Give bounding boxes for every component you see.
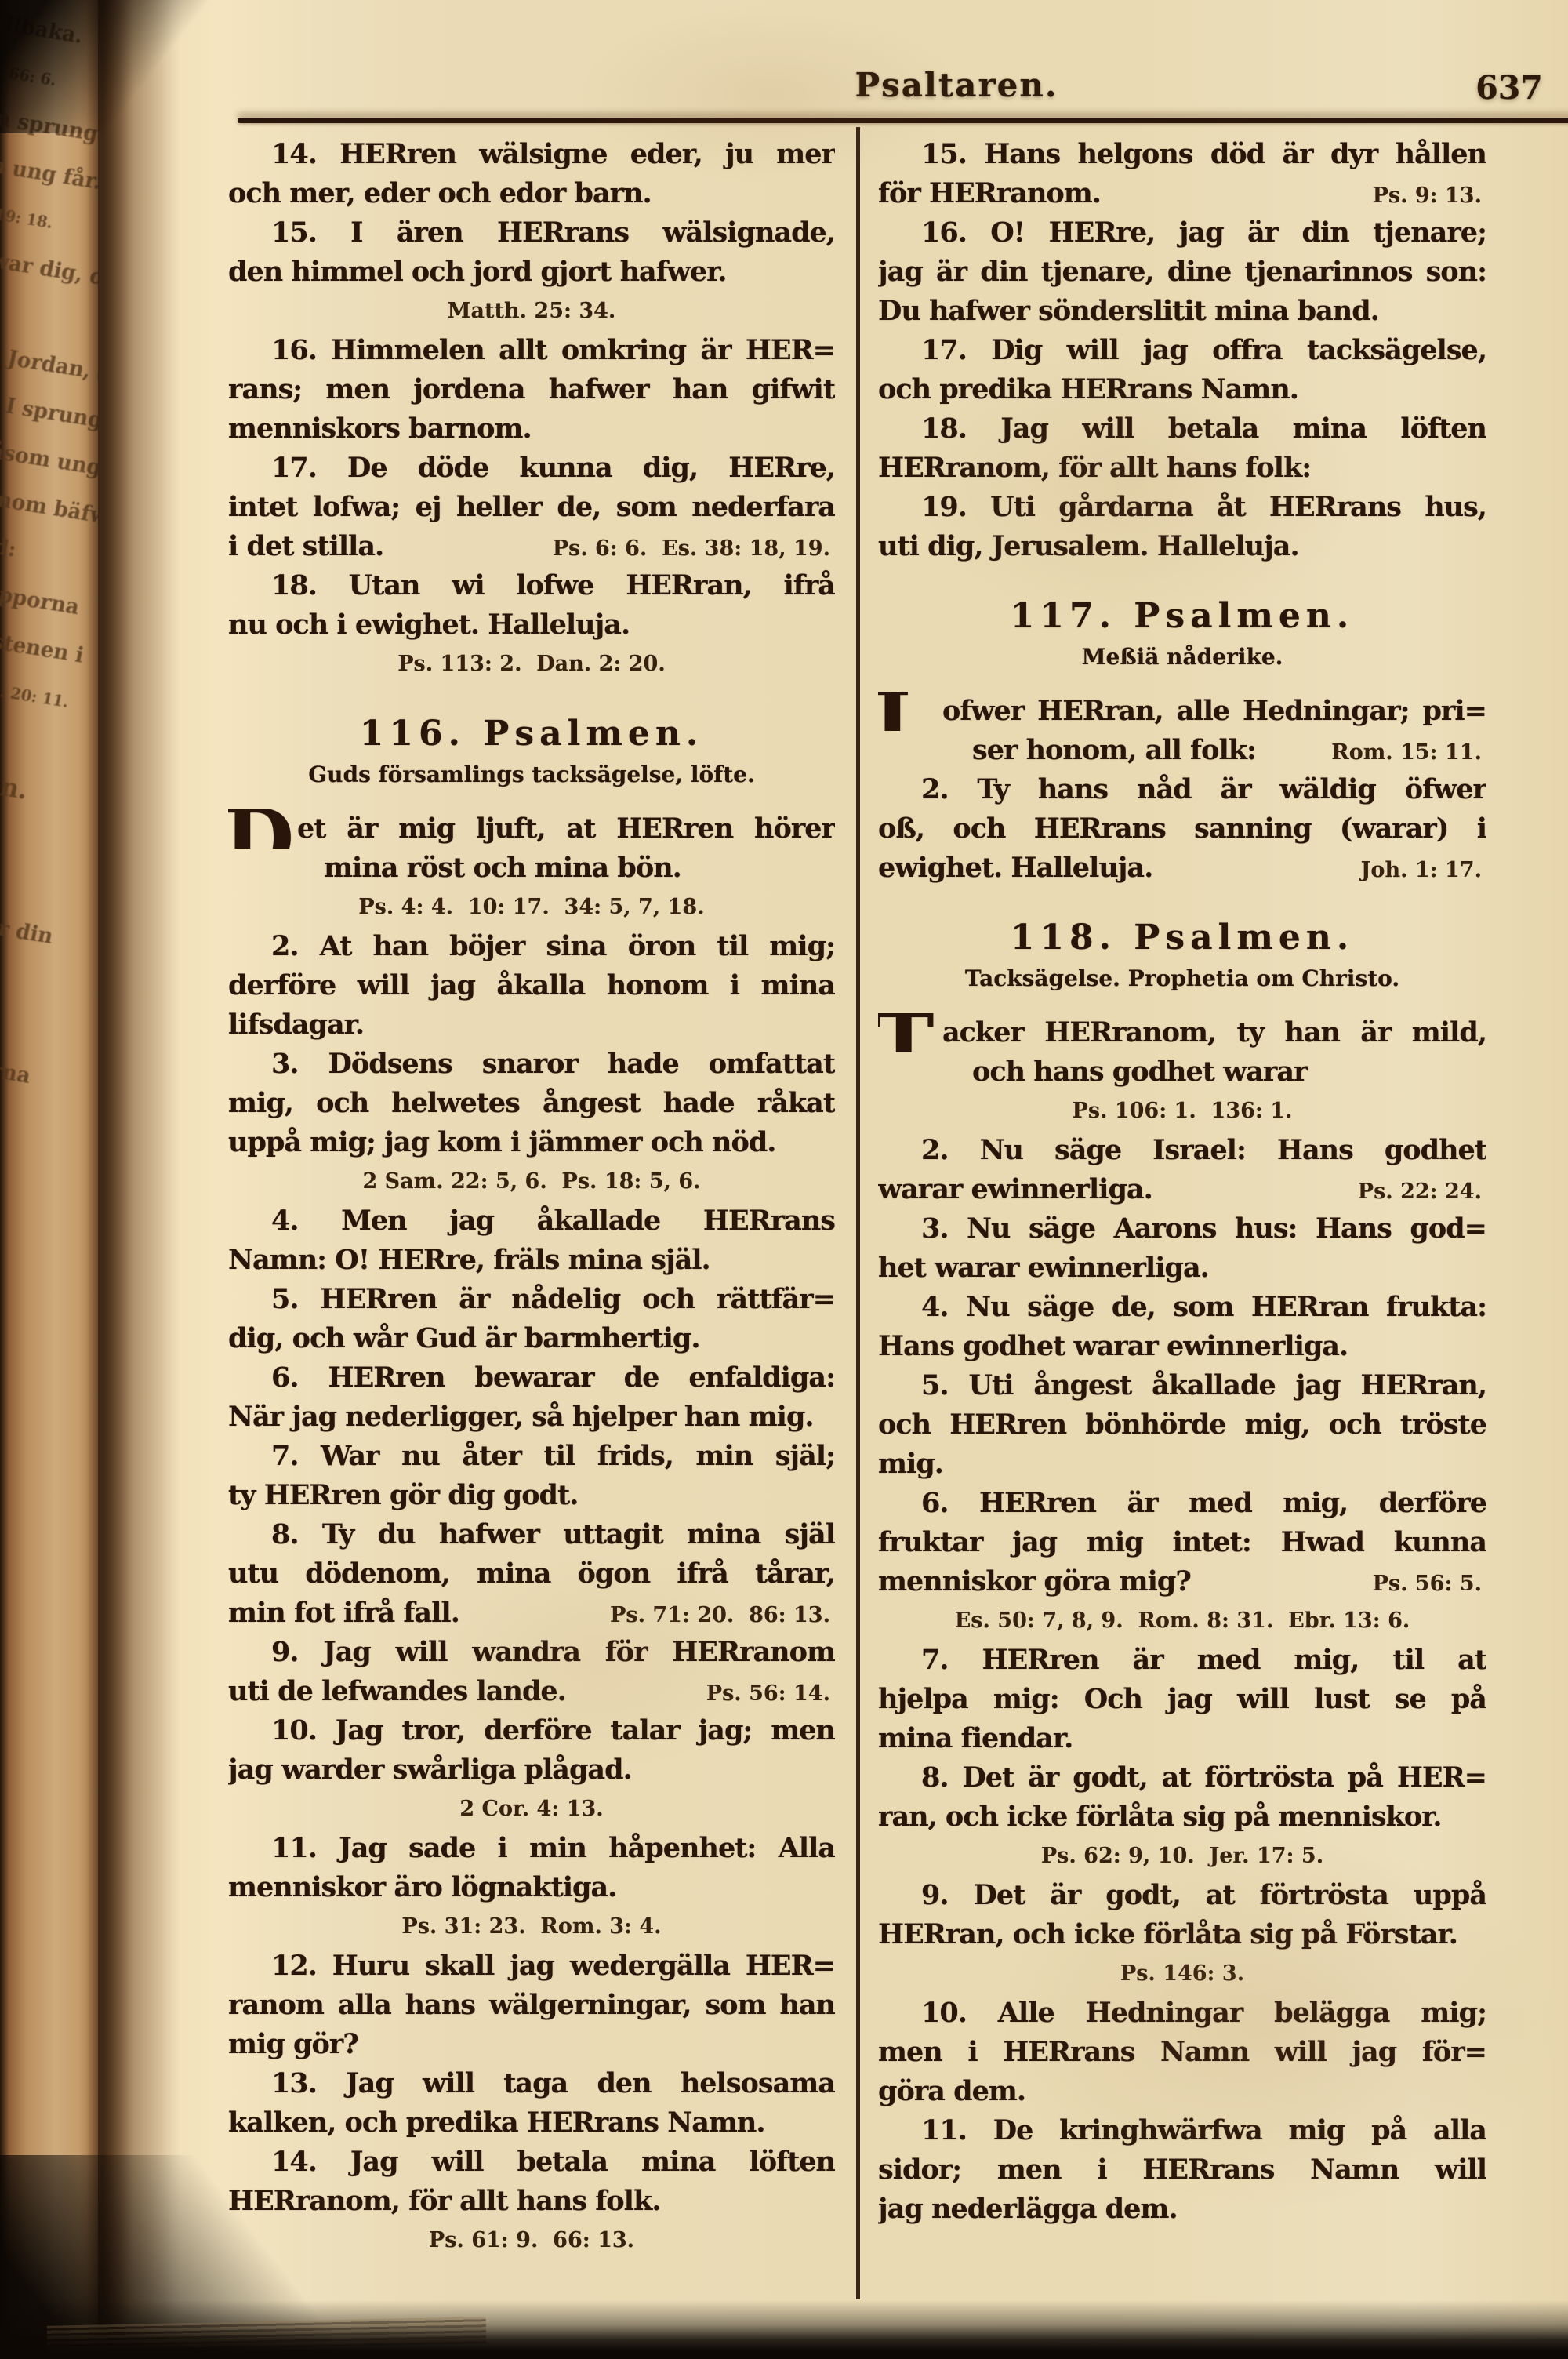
psalm-heading: 117. Psalmen. [878,566,1486,640]
cross-reference: Ps. 9: 13. [1373,176,1486,213]
line-text: 2. Nu säge Israel: Hans godhet [921,1134,1486,1166]
verse-line: Tacker HERranom, ty han är mild, [878,1013,1486,1052]
line-text: ewighet. Halleluja. [878,849,1152,888]
line-text: 2 Sam. 22: 5, 6. Ps. 18: 5, 6. [362,1169,700,1194]
line-text: men i HERrans Namn will jag för= [878,2036,1486,2068]
verse-line: Det är mig ljuft, at HERren hörer [228,809,835,849]
line-text: 10. Alle Hedningar belägga mig; [921,1997,1486,2029]
line-text: 7. HERren är med mig, til at [921,1644,1486,1676]
verse-line: rans; men jordena hafwer han gifwit [228,370,835,409]
line-text: Ps. 61: 9. 66: 13. [429,2228,634,2252]
line-text: menniskor göra mig? [878,1562,1191,1601]
verse-line: 13. Jag will taga den helsosama [228,2064,835,2103]
line-text: 7. War nu åter til frids, min själ; [271,1440,835,1472]
line-text: och mer, eder och edor barn. [228,177,652,209]
line-text: 116. Psalmen. [360,714,703,754]
cross-reference-line: 2 Cor. 4: 13. [228,1790,835,1829]
line-text: 10. Jag tror, derföre talar jag; men [271,1714,835,1747]
verse-line: het warar ewinnerliga. [878,1249,1486,1288]
verse-line: 9. Det är godt, at förtrösta uppå [878,1876,1486,1915]
line-text: uti de lefwandes lande. [228,1672,566,1711]
verse-line: Hans godhet warar ewinnerliga. [878,1327,1486,1366]
column-divider [856,127,860,2299]
dropcap-initial: T [878,1013,933,1052]
line-text: hjelpa mig: Och jag will lust se på [878,1683,1486,1715]
verse-line: mig, och helwetes ångest hade råkat [228,1084,835,1123]
cross-reference: Ps. 56: 5. [1373,1565,1486,1601]
line-text: 2 Cor. 4: 13. [459,1797,603,1821]
line-text: 11. De kringhwärfwa mig på alla [921,2114,1486,2146]
line-text: 17. Dig will jag offra tacksägelse, [921,334,1486,366]
line-text: intet lofwa; ej heller de, som nederfara [228,491,835,523]
verse-line: 10. Jag tror, derföre talar jag; men [228,1711,835,1750]
line-text: göra dem. [878,2075,1025,2107]
line-text: 18. Utan wi lofwe HERran, ifrå [271,569,835,602]
verse-line: ser honom, all folk:Rom. 15: 11. [878,731,1486,770]
verse-line: jag nederlägga dem. [878,2190,1486,2229]
verse-line: 6. HERren bewarar de enfaldiga: [228,1358,835,1398]
line-text: 2. At han böjer sina öron til mig; [271,930,835,962]
line-text: 2. Ty hans nåd är wäldig öfwer [921,773,1486,805]
line-text: 3. Dödsens snaror hade omfattat [271,1048,835,1080]
verse-line: 6. HERren är med mig, derföre [878,1484,1486,1523]
line-text: jag nederlägga dem. [878,2193,1178,2225]
line-text: 14. Jag will betala mina löften [271,2146,835,2178]
cross-reference-line: Ps. 31: 23. Rom. 3: 4. [228,1907,835,1946]
line-text: Ps. 31: 23. Rom. 3: 4. [401,1914,661,1939]
line-text: rans; men jordena hafwer han gifwit [228,373,835,405]
line-text: 11. Jag sade i min håpenhet: Alla [271,1832,835,1864]
verse-line: 15. I ären HERrans wälsignade, [228,213,835,253]
verse-line: i det stilla.Ps. 6: 6. Es. 38: 18, 19. [228,527,835,566]
line-text: HERran, och icke förlåta sig på Förstar. [878,1918,1457,1950]
verse-line: Du hafwer sönderslitit mina band. [878,292,1486,331]
header-rule [238,118,1568,123]
verse-line: Namn: O! HERre, fräls mina själ. [228,1241,835,1280]
line-text: mig gör? [228,2028,358,2060]
line-text: Namn: O! HERre, fräls mina själ. [228,1244,710,1276]
verse-line: för HERranom.Ps. 9: 13. [878,174,1486,213]
verse-line: 4. Men jag åkallade HERrans [228,1201,835,1241]
verse-line: 7. HERren är med mig, til at [878,1641,1486,1680]
verse-line: 5. HERren är nådelig och rättfär= [228,1280,835,1319]
verse-line: nu och i ewighet. Halleluja. [228,605,835,645]
line-text: acker HERranom, ty han är mild, [942,1016,1486,1049]
psalm-subtitle: Meßiä nåderike. [878,640,1486,692]
line-text: och predika HERrans Namn. [878,373,1298,405]
line-text: Ps. 146: 3. [1120,1961,1244,1986]
verse-line: 3. Dödsens snaror hade omfattat [228,1045,835,1084]
line-text: oß, och HERrans sanning (warar) i [878,812,1486,845]
verse-line: kalken, och predika HERrans Namn. [228,2103,835,2143]
line-text: sidor; men i HERrans Namn will [878,2154,1486,2186]
verse-line: 18. Jag will betala mina löften [878,409,1486,449]
line-text: ty HERren gör dig godt. [228,1479,578,1511]
verse-line: ran, och icke förlåta sig på menniskor. [878,1797,1486,1837]
line-text: HERranom, för allt hans folk: [878,452,1311,484]
line-text: Matth. 25: 34. [448,299,616,323]
cross-reference-line: Ps. 62: 9, 10. Jer. 17: 5. [878,1837,1486,1876]
line-text: 13. Jag will taga den helsosama [271,2067,835,2099]
cross-reference-line: Ps. 113: 2. Dan. 2: 20. [228,645,835,684]
line-text: och HERren bönhörde mig, och tröste [878,1408,1486,1441]
verse-line: 8. Det är godt, at förtrösta på HER= [878,1758,1486,1797]
line-text: ofwer HERran, alle Hedningar; pri= [942,695,1486,727]
line-text: jag är din tjenare, dine tjenarinnos son… [878,256,1486,288]
line-text: menniskor äro lögnaktiga. [228,1871,616,1903]
line-text: 5. HERren är nådelig och rättfär= [271,1283,835,1315]
line-text: Ps. 106: 1. 136: 1. [1073,1099,1293,1123]
line-text: Guds församlings tacksägelse, löfte. [308,761,754,787]
verse-line: ty HERren gör dig godt. [228,1476,835,1515]
psalm-heading: 116. Psalmen. [228,684,835,758]
line-text: 15. I ären HERrans wälsignade, [271,216,835,249]
line-text: 9. Jag will wandra för HERranom [271,1636,835,1668]
verse-line: sidor; men i HERrans Namn will [878,2150,1486,2190]
verse-line: och predika HERrans Namn. [878,370,1486,409]
left-column: 14. HERren wälsigne eder, ju meroch mer,… [228,135,835,2260]
line-text: ranom alla hans wälgerningar, som han [228,1989,835,2021]
page-title: Psaltaren. [729,66,1184,104]
verse-line: 4. Nu säge de, som HERran frukta: [878,1288,1486,1327]
verse-line: ranom alla hans wälgerningar, som han [228,1986,835,2025]
page-number: 637 [1431,69,1568,107]
line-text: Ps. 4: 4. 10: 17. 34: 5, 7, 18. [358,895,704,919]
cross-reference: Ps. 71: 20. 86: 13. [610,1596,835,1633]
line-text: 3. Nu säge Aarons hus: Hans god= [921,1212,1486,1245]
verse-line: lifsdagar. [228,1005,835,1045]
cross-reference-line: 2 Sam. 22: 5, 6. Ps. 18: 5, 6. [228,1162,835,1201]
verse-line: menniskors barnom. [228,409,835,449]
verse-line: 2. Ty hans nåd är wäldig öfwer [878,770,1486,809]
line-text: i det stilla. [228,527,383,566]
verse-line: När jag nederligger, så hjelper han mig. [228,1398,835,1437]
verse-line: mig gör? [228,2025,835,2064]
line-text: et är mig ljuft, at HERren hörer [297,812,835,845]
line-text: 6. HERren är med mig, derföre [921,1487,1486,1519]
verse-line: mina fiendar. [878,1719,1486,1758]
line-text: lifsdagar. [228,1009,364,1041]
cross-reference-line: Es. 50: 7, 8, 9. Rom. 8: 31. Ebr. 13: 6. [878,1601,1486,1641]
line-text: 8. Ty du hafwer uttagit mina själ [271,1518,835,1550]
line-text: uti dig, Jerusalem. Halleluja. [878,530,1299,562]
line-text: uppå mig; jag kom i jämmer och nöd. [228,1126,776,1158]
dropcap-initial: L [878,692,930,731]
line-text: Ps. 113: 2. Dan. 2: 20. [397,652,665,676]
verse-line: 2. Nu säge Israel: Hans godhet [878,1131,1486,1170]
cross-reference-line: Ps. 146: 3. [878,1954,1486,1994]
verse-line: 5. Uti ångest åkallade jag HERran, [878,1366,1486,1405]
line-text: kalken, och predika HERrans Namn. [228,2106,765,2139]
line-text: ran, och icke förlåta sig på menniskor. [878,1801,1442,1833]
line-text: 12. Huru skall jag wedergälla HER= [271,1950,835,1982]
verse-line: hjelpa mig: Och jag will lust se på [878,1680,1486,1719]
line-text: 14. HERren wälsigne eder, ju mer [271,138,835,170]
line-text: HERranom, för allt hans folk. [228,2185,660,2217]
verse-line: oß, och HERrans sanning (warar) i [878,809,1486,849]
book-page: Psaltaren. 637 14. HERren wälsigne eder,… [98,0,1568,2359]
line-text: utu dödenom, mina ögon ifrå tårar, [228,1558,835,1590]
line-text: den himmel och jord gjort hafwer. [228,256,727,288]
verse-line: uti dig, Jerusalem. Halleluja. [878,527,1486,566]
verse-line: warar ewinnerliga.Ps. 22: 24. [878,1170,1486,1209]
line-text: Meßiä nåderike. [1082,644,1283,670]
verse-line: uppå mig; jag kom i jämmer och nöd. [228,1123,835,1162]
line-text: Tacksägelse. Prophetia om Christo. [965,965,1399,991]
verse-line: 11. De kringhwärfwa mig på alla [878,2111,1486,2150]
verse-line: 19. Uti gårdarna åt HERrans hus, [878,488,1486,527]
line-text: ser honom, all folk: [972,731,1256,770]
line-text: 16. Himmelen allt omkring är HER= [271,334,835,366]
verse-line: 11. Jag sade i min håpenhet: Alla [228,1829,835,1868]
verse-line: 16. Himmelen allt omkring är HER= [228,331,835,370]
line-text: derföre will jag åkalla honom i mina [228,969,835,1001]
cross-reference-line: Ps. 61: 9. 66: 13. [228,2221,835,2260]
line-text: 118. Psalmen. [1011,918,1354,958]
verse-line: och mer, eder och edor barn. [228,174,835,213]
verse-line: 14. Jag will betala mina löften [228,2143,835,2182]
line-text: nu och i ewighet. Halleluja. [228,609,630,641]
line-text: När jag nederligger, så hjelper han mig. [228,1401,814,1433]
line-text: 17. De döde kunna dig, HERre, [271,452,835,484]
verse-line: intet lofwa; ej heller de, som nederfara [228,488,835,527]
verse-line: fruktar jag mig intet: Hwad kunna [878,1523,1486,1562]
line-text: dig, och wår Gud är barmhertig. [228,1322,700,1354]
line-text: 5. Uti ångest åkallade jag HERran, [921,1369,1486,1401]
verse-line: 14. HERren wälsigne eder, ju mer [228,135,835,174]
line-text: 6. HERren bewarar de enfaldiga: [271,1361,835,1394]
cross-reference-line: Matth. 25: 34. [228,292,835,331]
verse-line: 7. War nu åter til frids, min själ; [228,1437,835,1476]
verse-line: menniskor göra mig?Ps. 56: 5. [878,1562,1486,1601]
line-text: 16. O! HERre, jag är din tjenare; [921,216,1486,249]
verse-line: mig. [878,1445,1486,1484]
line-text: mina röst och mina bön. [324,852,681,884]
verse-line: utu dödenom, mina ögon ifrå tårar, [228,1554,835,1594]
line-text: 4. Nu säge de, som HERran frukta: [921,1291,1486,1323]
verse-line: HERranom, för allt hans folk: [878,449,1486,488]
verse-line: 15. Hans helgons död är dyr hållen [878,135,1486,174]
psalm-heading: 118. Psalmen. [878,888,1486,961]
verse-line: 17. De döde kunna dig, HERre, [228,449,835,488]
verse-line: 8. Ty du hafwer uttagit mina själ [228,1515,835,1554]
line-text: fruktar jag mig intet: Hwad kunna [878,1526,1486,1558]
line-text: warar ewinnerliga. [878,1170,1152,1209]
verse-line: 9. Jag will wandra för HERranom [228,1633,835,1672]
verse-line: 10. Alle Hedningar belägga mig; [878,1994,1486,2033]
line-text: och hans godhet warar ewinnerliga. [972,1056,1307,1092]
line-text: Hans godhet warar ewinnerliga. [878,1330,1348,1362]
verse-line: HERranom, för allt hans folk. [228,2182,835,2221]
cross-reference: Ps. 56: 14. [706,1674,835,1711]
verse-line: Lofwer HERran, alle Hedningar; pri= [878,692,1486,731]
verse-line: 2. At han böjer sina öron til mig; [228,927,835,966]
line-text: mina fiendar. [878,1722,1073,1754]
line-text: 9. Det är godt, at förtrösta uppå [921,1879,1486,1911]
verse-line: uti de lefwandes lande.Ps. 56: 14. [228,1672,835,1711]
line-text: het warar ewinnerliga. [878,1252,1209,1284]
line-text: 8. Det är godt, at förtrösta på HER= [921,1761,1486,1794]
line-text: Ps. 62: 9, 10. Jer. 17: 5. [1041,1844,1323,1868]
verse-line: göra dem. [878,2072,1486,2111]
verse-line: dig, och wår Gud är barmhertig. [228,1319,835,1358]
psalm-subtitle: Tacksägelse. Prophetia om Christo. [878,961,1486,1013]
verse-line: jag warder swårliga plågad. [228,1750,835,1790]
line-text: 15. Hans helgons död är dyr hållen [921,138,1486,170]
cross-reference: Rom. 15: 11. [1331,733,1486,770]
verse-line: jag är din tjenare, dine tjenarinnos son… [878,253,1486,292]
cross-reference-line: Ps. 4: 4. 10: 17. 34: 5, 7, 18. [228,888,835,927]
book-photo: de sig det, ochtillbaka.Ps. 66: 6.gen sp… [0,0,1568,2359]
cross-reference: Ps. 22: 24. [1358,1172,1486,1209]
verse-line: den himmel och jord gjort hafwer. [228,253,835,292]
verse-line: 17. Dig will jag offra tacksägelse, [878,331,1486,370]
right-column: 15. Hans helgons död är dyr hållenför HE… [878,135,1486,2229]
verse-line: 3. Nu säge Aarons hus: Hans god= [878,1209,1486,1249]
line-text: Du hafwer sönderslitit mina band. [878,295,1379,327]
verse-line: 12. Huru skall jag wedergälla HER= [228,1946,835,1986]
verse-line: derföre will jag åkalla honom i mina [228,966,835,1005]
line-text: mig. [878,1448,943,1480]
cross-reference-line: Ps. 106: 1. 136: 1. [878,1092,1486,1131]
verse-line: mina röst och mina bön. [228,849,835,888]
line-text: 117. Psalmen. [1011,596,1354,636]
dropcap-initial: D [228,809,293,849]
verse-line: min fot ifrå fall.Ps. 71: 20. 86: 13. [228,1594,835,1633]
line-text: mig, och helwetes ångest hade råkat [228,1087,835,1119]
line-text: 4. Men jag åkallade HERrans [271,1205,835,1237]
line-text: jag warder swårliga plågad. [228,1754,632,1786]
line-text: 18. Jag will betala mina löften [921,413,1486,445]
verse-line: ewighet. Halleluja.Joh. 1: 17. [878,849,1486,888]
line-text: 19. Uti gårdarna åt HERrans hus, [921,491,1486,523]
verse-line: 18. Utan wi lofwe HERran, ifrå [228,566,835,605]
verse-line: menniskor äro lögnaktiga. [228,1868,835,1907]
cross-reference: Joh. 1: 17. [1361,851,1486,888]
verse-line: och HERren bönhörde mig, och tröste [878,1405,1486,1445]
line-text: min fot ifrå fall. [228,1594,459,1633]
verse-line: och hans godhet warar ewinnerliga. [878,1052,1486,1092]
line-text: Es. 50: 7, 8, 9. Rom. 8: 31. Ebr. 13: 6. [955,1608,1410,1633]
verse-line: HERran, och icke förlåta sig på Förstar. [878,1915,1486,1954]
cross-reference: Ps. 6: 6. Es. 38: 18, 19. [553,529,835,566]
verse-line: men i HERrans Namn will jag för= [878,2033,1486,2072]
psalm-subtitle: Guds församlings tacksägelse, löfte. [228,758,835,809]
line-text: för HERranom. [878,174,1101,213]
line-text: menniskors barnom. [228,413,532,445]
verse-line: 16. O! HERre, jag är din tjenare; [878,213,1486,253]
